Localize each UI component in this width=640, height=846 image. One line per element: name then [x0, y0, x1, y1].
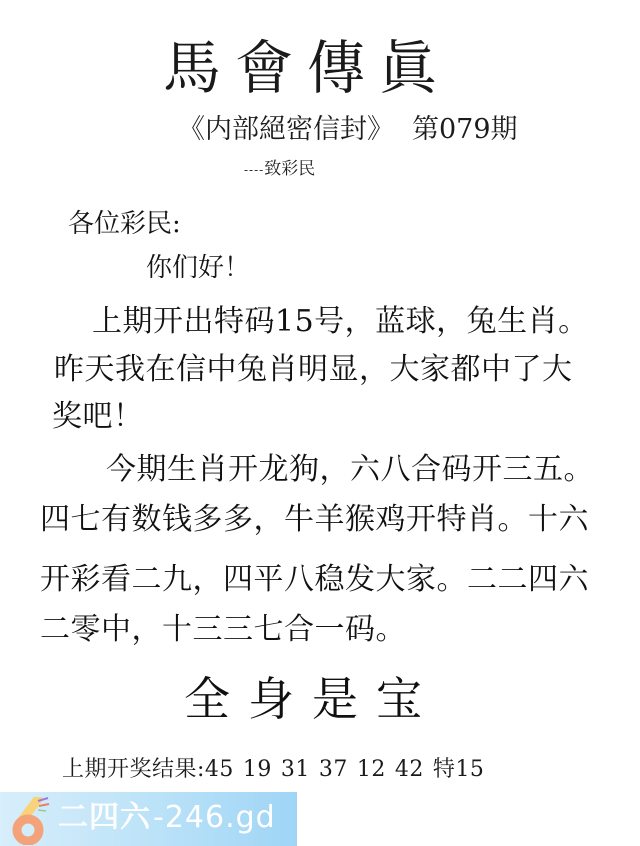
signoff-dashes: ---- [244, 163, 264, 177]
letter-line: 开彩看二九，四平八稳发大家。二二四六 [40, 560, 589, 600]
letter-line: 昨天我在信中兔肖明显，大家都中了大 [54, 350, 573, 390]
watermark-brand: 二四六 [58, 800, 151, 835]
results-label: 上期开奖结果: [62, 757, 205, 782]
result-number: 19 [243, 757, 272, 782]
previous-results: 上期开奖结果:451931371242特15 [62, 755, 484, 785]
watermark-text: 二四六-246.gd [58, 798, 276, 838]
letter-hello: 你们好！ [146, 252, 250, 284]
result-number: 45 [205, 757, 234, 782]
signoff-text: 致彩民 [264, 159, 315, 179]
result-number: 42 [395, 757, 424, 782]
watermark-domain: -246.gd [153, 800, 276, 835]
letter-line: 上期开出特码15号，蓝球，兔生肖。 [92, 302, 589, 342]
result-number: 31 [281, 757, 310, 782]
page-title: 馬會傳眞 [163, 36, 451, 100]
signoff: ----致彩民 [244, 157, 315, 182]
special-label: 特 [433, 757, 456, 782]
six-logo-icon [8, 797, 50, 845]
letter-greeting: 各位彩民: [68, 208, 181, 240]
confidential-envelope-label: 《内部絕密信封》 [178, 114, 394, 145]
result-number: 12 [357, 757, 386, 782]
subtitle-row: 《内部絕密信封》第079期 [178, 112, 518, 148]
result-number: 37 [319, 757, 348, 782]
letter-line: 奖吧！ [52, 397, 144, 437]
motto-heading: 全身是宝 [184, 672, 440, 726]
special-number: 15 [455, 757, 484, 782]
issue-number: 第079期 [412, 114, 518, 145]
letter-line: 二零中，十三三七合一码。 [40, 610, 406, 650]
letter-line: 今期生肖开龙狗，六八合码开三五。 [106, 450, 594, 490]
watermark-banner[interactable]: 二四六-246.gd [0, 792, 297, 846]
letter-line: 四七有数钱多多，牛羊猴鸡开特肖。十六 [40, 500, 589, 540]
